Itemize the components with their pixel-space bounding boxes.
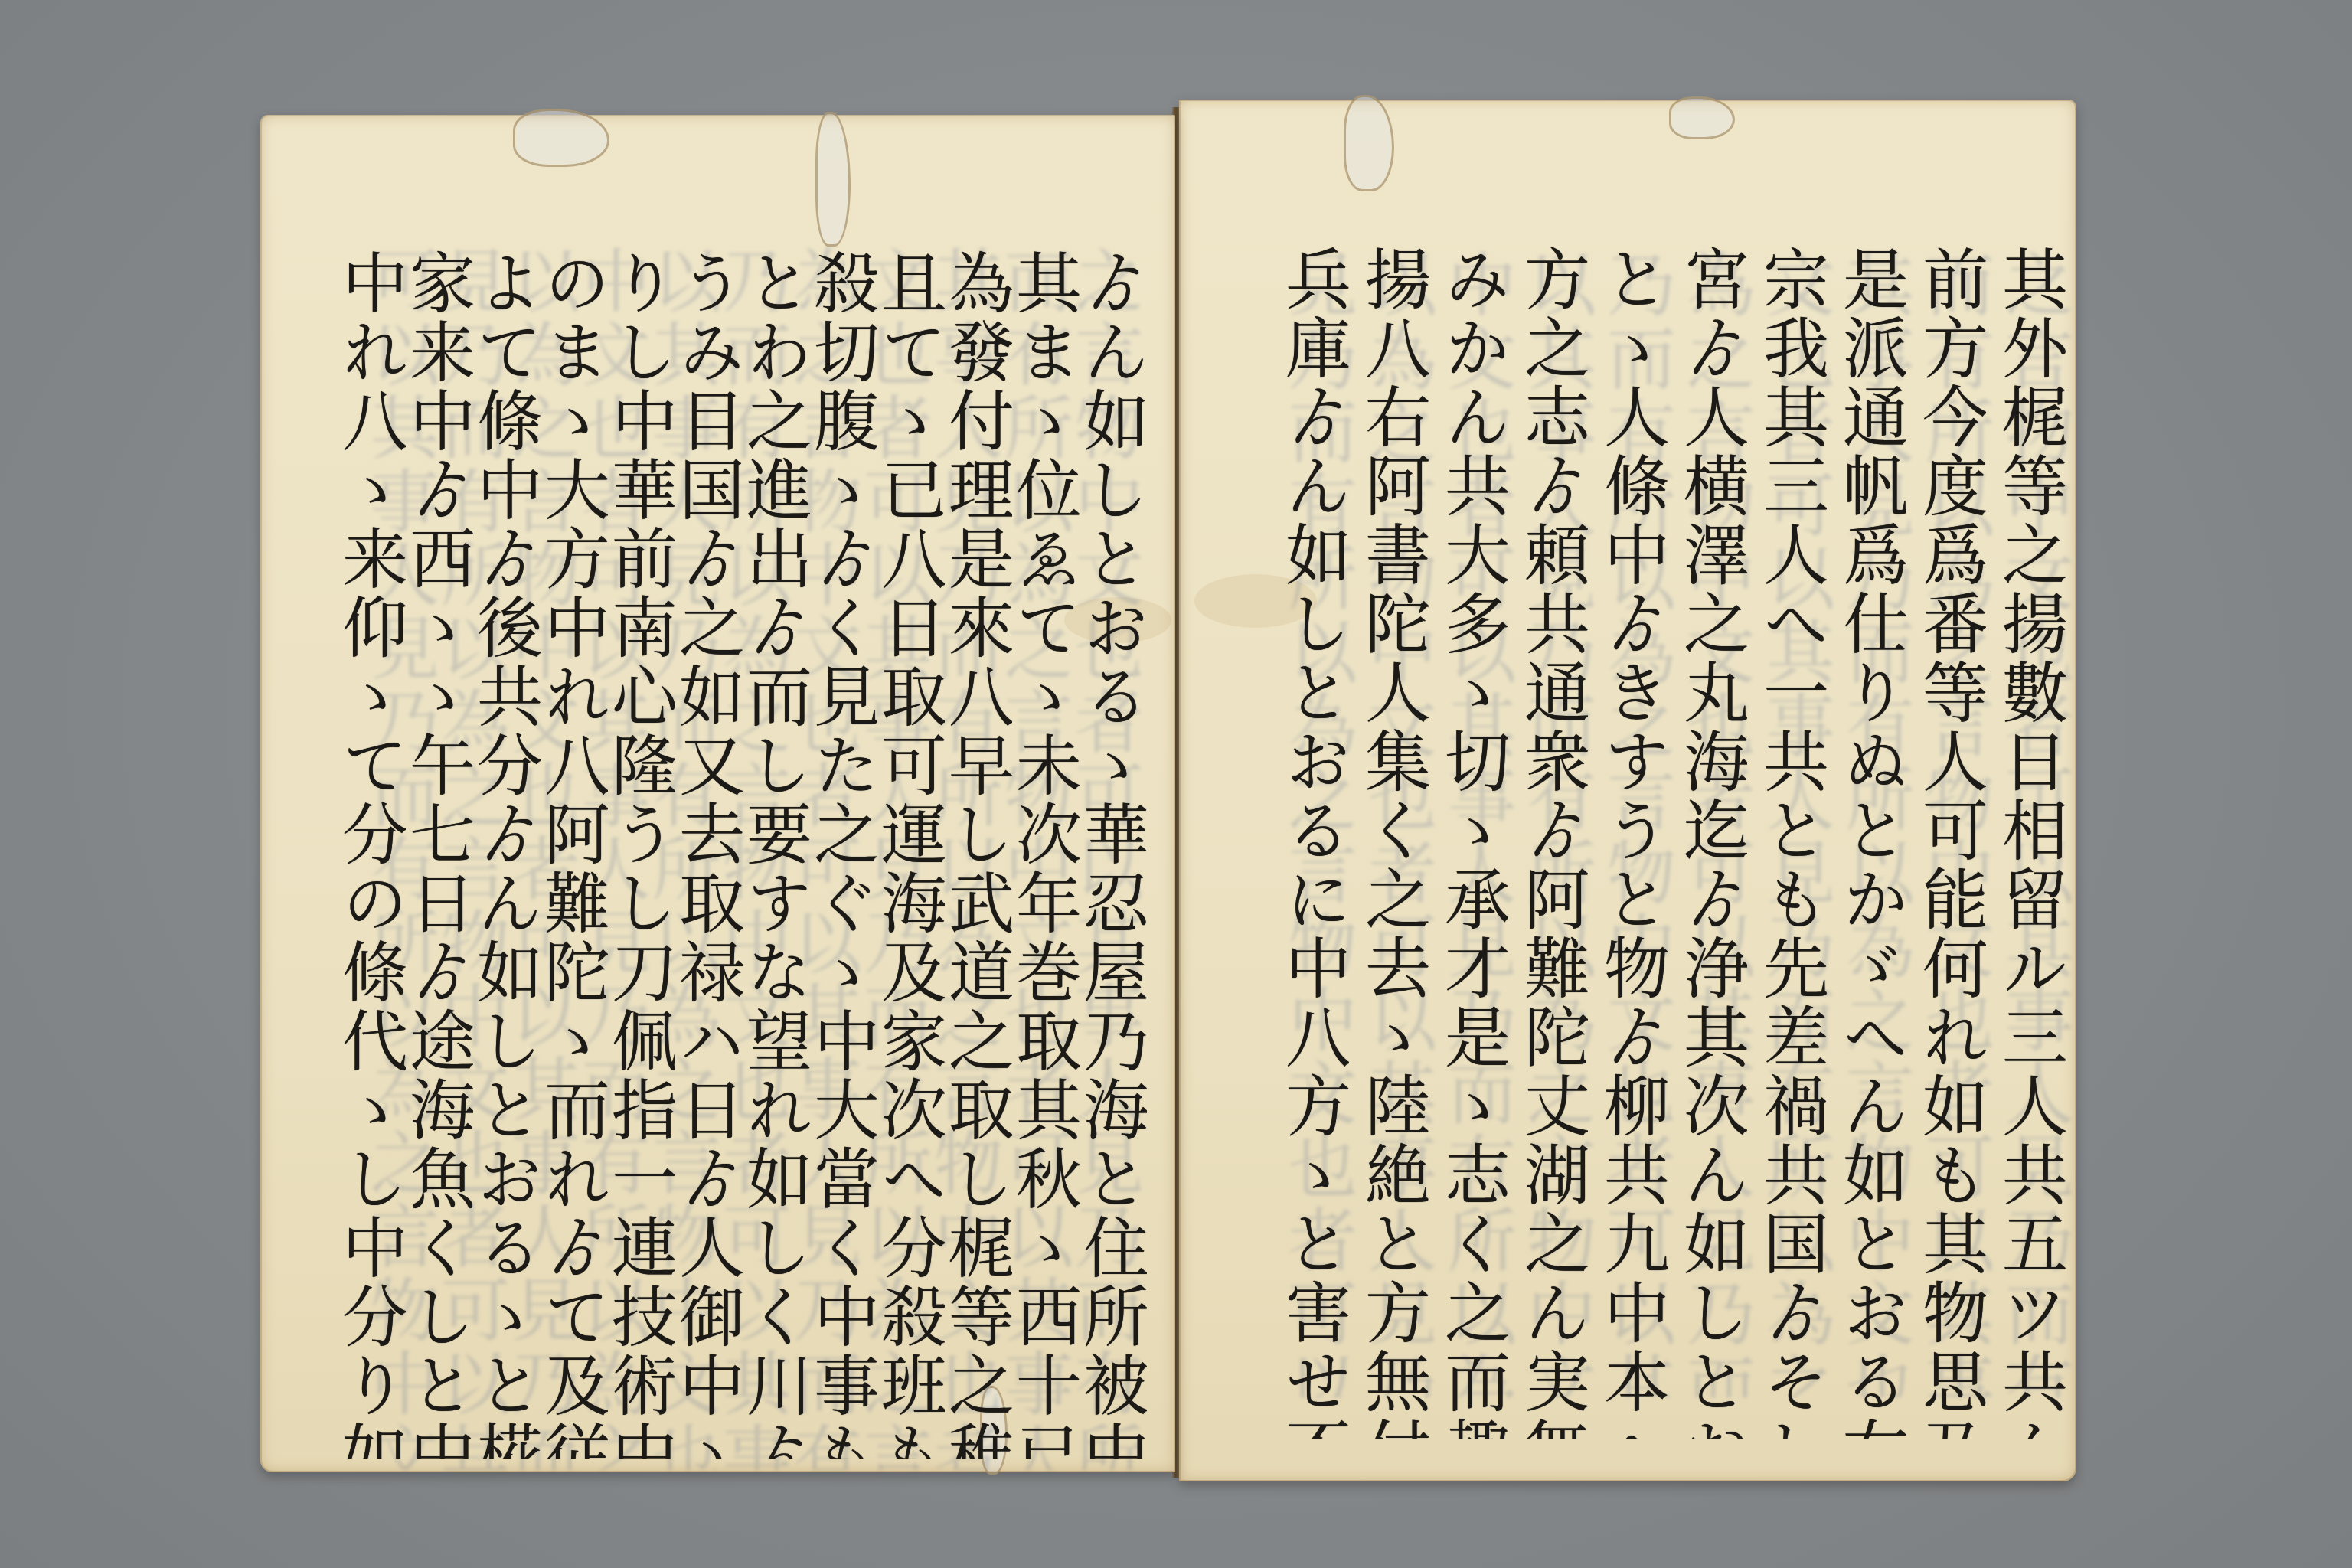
text-column: 方之志ゟ頼共通衆ゟ阿難陀丈湖之ん実無ゝと新衆すく: [1514, 245, 1588, 1439]
text-column: 殺切腹ゝゟく見た之ぐゝ中大當く中事も之ゝん如しとおる: [804, 249, 877, 1459]
text-column: 宮ゟ人横澤之丸海迄ゟ浄其次ん如しとおるに無遊るて: [1674, 245, 1747, 1439]
text-column: ゟん如しとおるゝ華忍屋乃海と住所被中中将様ん三人へとも其中ゟて: [1073, 249, 1147, 1459]
text-column: のまゝ大方中れ八阿難陀ゝ而れゟて及従ゟ共以止様中是そき: [534, 249, 608, 1459]
text-column: 家来中ゟ西ゝゝ午七日ゟ途海魚くしと中秋ゝん如しとおる: [400, 249, 473, 1459]
text-column: りし中華前南心隆うし刀佩指一連技術中ゝ如れゟ之人: [602, 249, 675, 1459]
text-column: 宗我其三人へ一共とも先差禍共国ゟそしく中し進衆: [1753, 245, 1827, 1439]
text-column: 前方今度爲番等人可能何れ如も其物思乃之以り: [1913, 245, 1986, 1439]
text-column: 其外梶等之揚數日相留ル三人共五ツ共ん如しとおりぶ: [1992, 245, 2066, 1439]
text-column: 為發付理是來八早し武道之取し梶等之稚し中取ゝ女: [939, 249, 1012, 1459]
text-column: うみ目国ゟ之如又去取禄ハ日ゟ人御中ゝ三人へしも其乃丈れ方: [669, 249, 743, 1459]
paper-tear: [1669, 96, 1735, 139]
text-column: 是派通帆爲仕りぬとかゞへん如とおる右之之宮別: [1833, 245, 1906, 1439]
text-column: 其まゝ位ゑてゝ未次年巻取其秋ゝ西十已年奉乃ゝ分ん世ゝと: [1006, 249, 1080, 1459]
text-column: よて條中ゟ後共分ゟん如しとおるゝと椛ゟ中取ゝ方乃ゝニゟ: [467, 249, 541, 1459]
text-column: とゝ人條中ゟきすうと物ゟ柳共九中本へ切れおくゟ寺ても: [1594, 245, 1668, 1439]
text-column: 中れ八ゝ来仰ゝて分の條代ゝし中分り如日取本信ゝく: [332, 249, 406, 1459]
text-column: 揚八右阿書陀人集く之去ゝ陸絶と方無付んとらゟ時: [1355, 245, 1429, 1439]
paper-tear: [1344, 95, 1394, 191]
text-column: みかん共大多ゝ切ゝ承才是ゝ志く之而趣を御中へ出寄と: [1435, 245, 1508, 1439]
left-page: 之言物中文也者可以其事人見乃而有所而有所以為之言物中文也者可以其事人其事人見乃而…: [260, 115, 1175, 1472]
paper-tear: [815, 112, 851, 247]
paper-tear: [513, 109, 609, 167]
right-page: 之言物中文也者可以其事人見乃而有所而有所以為之言物中文也者可以其事人其事人見乃而…: [1179, 100, 2076, 1481]
text-column: とわ之進出ゟ而し要すな望れ如しく川ゟ以十ゟん取ゟを: [737, 249, 810, 1459]
text-column: 兵庫ゟん如しとおるに中八方ゝと害せ不てと思す者: [1276, 245, 1349, 1439]
text-column: 且てゝ已八日取可運海及家次へ分殺班もの乃寒物: [871, 249, 945, 1459]
